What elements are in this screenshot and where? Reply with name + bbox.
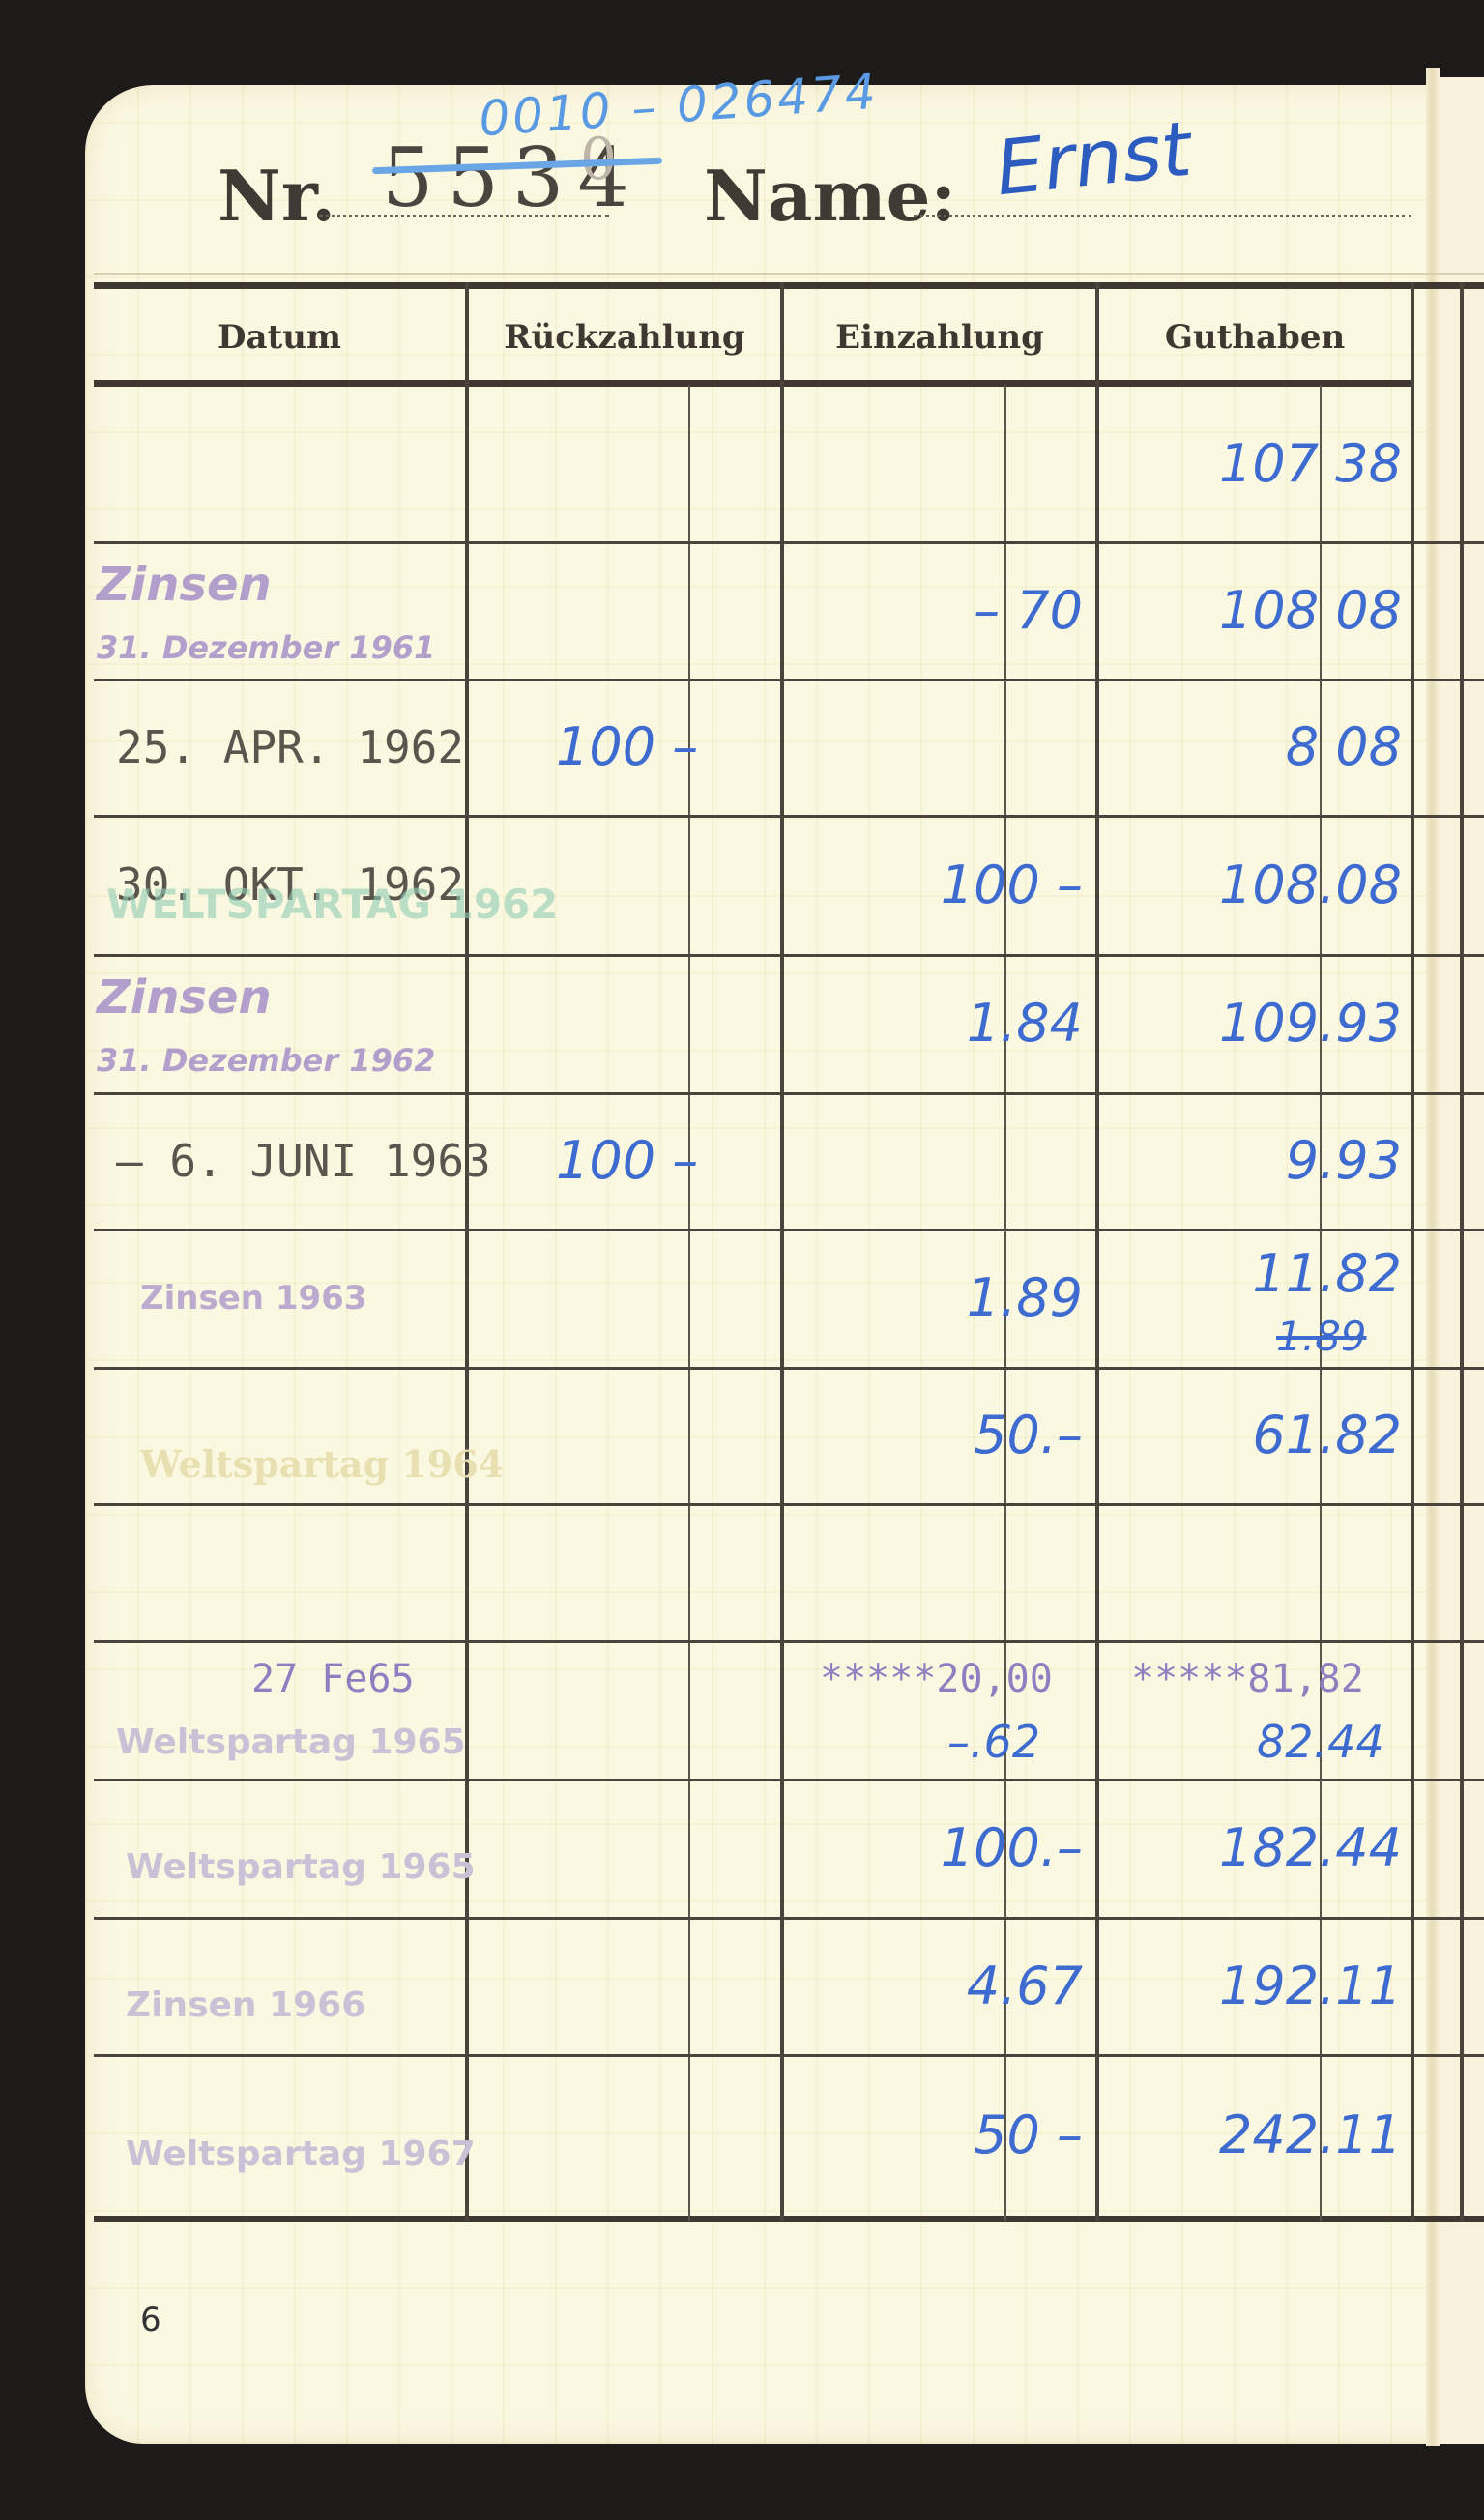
guthaben-amount: 242.11 bbox=[1170, 2054, 1402, 2216]
datum-stamp: Zinsen bbox=[97, 556, 272, 614]
table-top-thin bbox=[94, 273, 1484, 275]
col-divider-3 bbox=[1095, 282, 1099, 2221]
datum-stamp: 25. APR. 1962 bbox=[116, 679, 464, 815]
col-divider-4 bbox=[1411, 282, 1414, 2221]
column-header-guthaben: Guthaben bbox=[1099, 290, 1411, 385]
einzahlung-amount: 4.67 bbox=[889, 1917, 1083, 2054]
einzahlung-amount: –.62 bbox=[947, 1708, 1040, 1776]
datum-stamp: Weltspartag 1967 bbox=[126, 2073, 476, 2235]
row-separator bbox=[94, 1640, 1484, 1643]
datum-stamp: Weltspartag 1964 bbox=[140, 1396, 504, 1532]
datum-printed: 27 Fe65 bbox=[251, 1650, 415, 1708]
datum-stamp: Zinsen 1966 bbox=[126, 1936, 365, 2073]
datum-stamp-date: 31. Dezember 1961 bbox=[97, 623, 435, 672]
rueckzahlung-amount: 100 – bbox=[556, 1092, 698, 1229]
page-fold bbox=[1426, 68, 1440, 2446]
guthaben-amount: 192.11 bbox=[1170, 1917, 1402, 2054]
guthaben-amount: 108.08 bbox=[1170, 815, 1402, 954]
column-header-einzahlung: Einzahlung bbox=[784, 290, 1095, 385]
next-page-divider bbox=[1460, 282, 1464, 2221]
column-header-rueckzahlung: Rückzahlung bbox=[469, 290, 780, 385]
einzahlung-amount: 50.– bbox=[889, 1367, 1083, 1503]
guthaben-amount: 82.44 bbox=[1257, 1708, 1384, 1776]
page-number: 6 bbox=[140, 2301, 161, 2339]
datum-stamp: Weltspartag 1965 bbox=[116, 1713, 466, 1771]
rueckzahlung-amount: 100 – bbox=[556, 679, 698, 815]
einzahlung-printed: *****20,00 bbox=[820, 1650, 1053, 1708]
einzahlung-amount: – 70 bbox=[889, 541, 1083, 679]
guthaben-amount: 108 08 bbox=[1170, 541, 1402, 679]
table-top-border bbox=[94, 282, 1484, 289]
col-subdivider-1 bbox=[688, 385, 690, 2221]
guthaben-amount: 61.82 bbox=[1170, 1367, 1402, 1503]
guthaben-amount: 107 38 bbox=[1170, 385, 1402, 541]
datum-stamp: Zinsen bbox=[97, 969, 272, 1027]
einzahlung-amount: 100.– bbox=[889, 1779, 1083, 1917]
name-label: Name: bbox=[704, 155, 956, 237]
einzahlung-amount: 100 – bbox=[889, 815, 1083, 954]
datum-stamp-overlay: WELTSPARTAG 1962 bbox=[106, 834, 559, 973]
column-header-datum: Datum bbox=[94, 290, 465, 385]
guthaben-amount: 8 08 bbox=[1170, 679, 1402, 815]
einzahlung-amount: 50 – bbox=[889, 2054, 1083, 2216]
datum-stamp: Zinsen 1963 bbox=[140, 1229, 366, 1367]
name-dotted-line bbox=[914, 215, 1411, 217]
datum-stamp: – 6. JUNI 1963 bbox=[116, 1092, 491, 1229]
nr-label: Nr. bbox=[218, 155, 335, 237]
guthaben-amount: 109.93 bbox=[1170, 954, 1402, 1092]
guthaben-printed: *****81,82 bbox=[1131, 1650, 1364, 1708]
datum-stamp: Weltspartag 1965 bbox=[126, 1798, 476, 1936]
datum-stamp-date: 31. Dezember 1962 bbox=[97, 1036, 435, 1085]
einzahlung-amount: 1.89 bbox=[889, 1229, 1083, 1367]
col-divider-2 bbox=[780, 282, 784, 2221]
einzahlung-amount: 1.84 bbox=[889, 954, 1083, 1092]
guthaben-amount: 182.44 bbox=[1170, 1779, 1402, 1917]
